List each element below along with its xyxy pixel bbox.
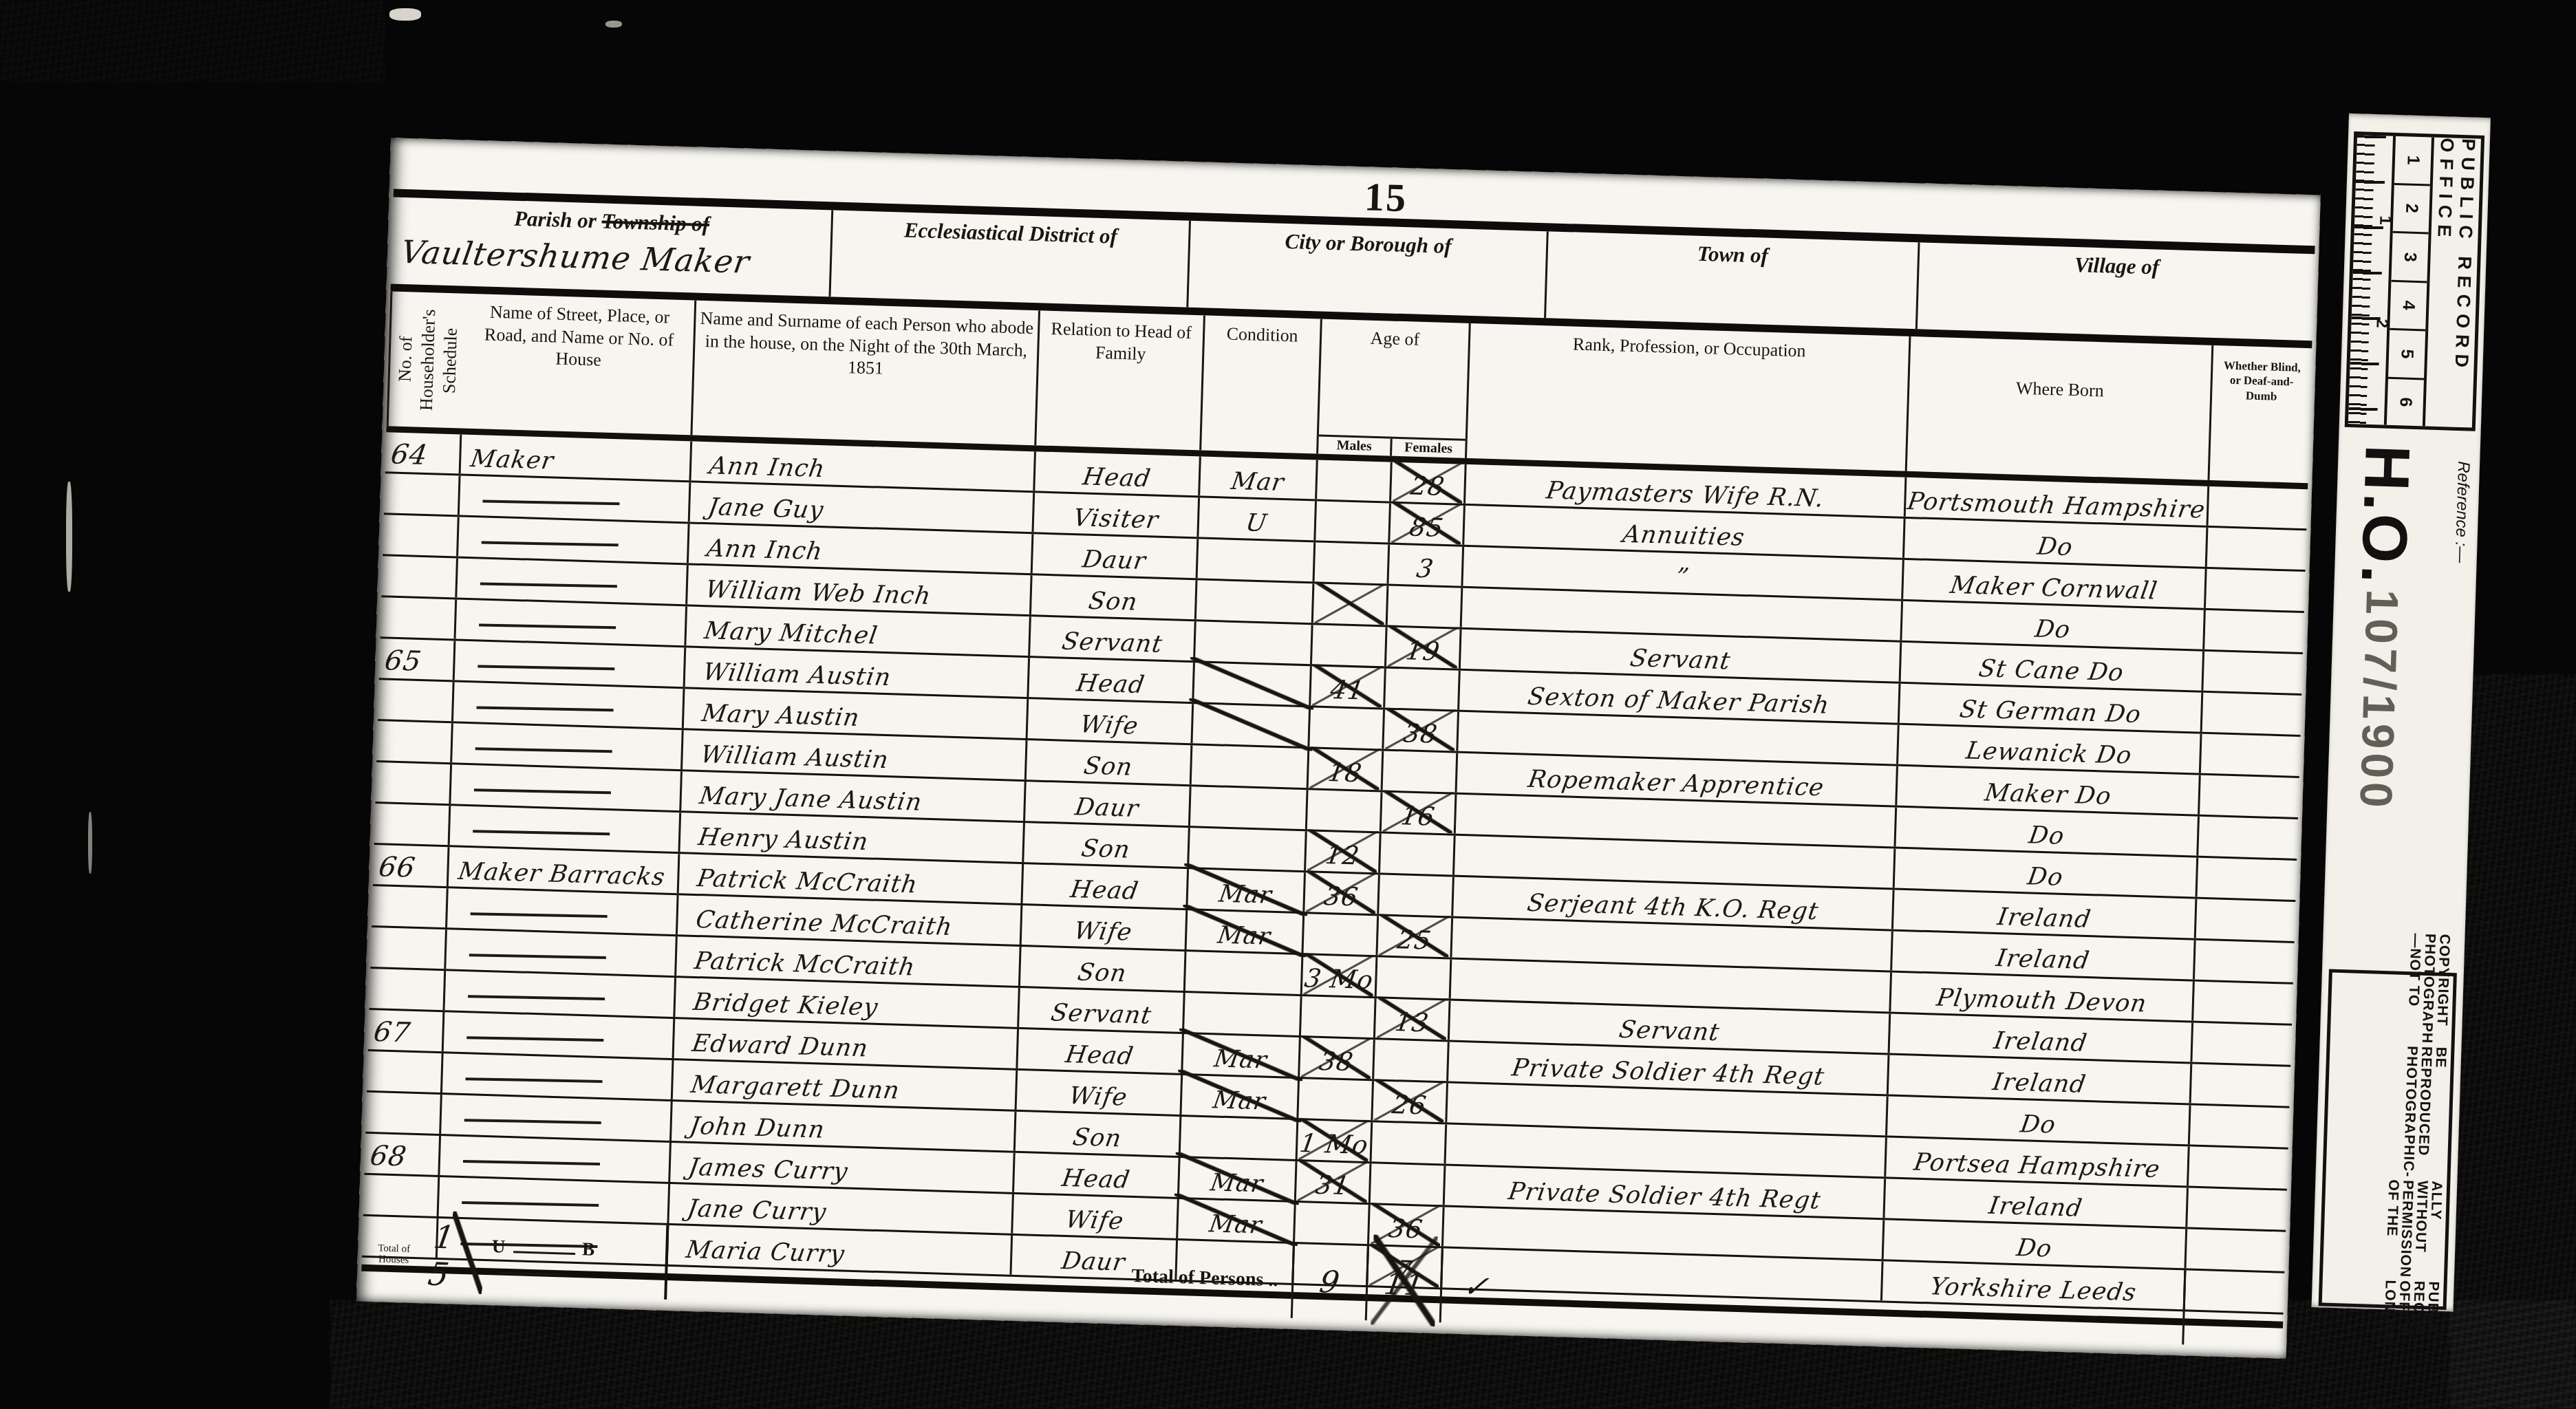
film-scratch xyxy=(66,482,72,592)
relation-cell: Son xyxy=(1020,947,1187,991)
street-cell xyxy=(452,723,684,769)
street-cell xyxy=(444,971,676,1017)
street-cell xyxy=(441,1095,673,1141)
age-female-cell: 19 xyxy=(1386,627,1462,669)
schedule-number-cell xyxy=(372,886,449,927)
schedule-number-cell xyxy=(380,597,458,638)
street-cell xyxy=(450,806,682,852)
condition-cell: U xyxy=(1199,497,1317,540)
ruler-number: 2 xyxy=(2372,319,2391,328)
street-cell: Maker xyxy=(461,435,693,481)
age-female-cell: 85 xyxy=(1390,504,1466,545)
public-record-office-label: PUBLIC RECORD OFFICE xyxy=(2425,138,2481,428)
age-male-cell: 31 xyxy=(1296,1161,1372,1203)
age-male-cell: 3 Mo xyxy=(1302,955,1378,996)
schedule-number-cell xyxy=(370,927,447,969)
schedule-number-cell xyxy=(369,969,447,1010)
infirmity-cell xyxy=(2193,982,2293,1024)
schedule-number-cell xyxy=(375,762,452,804)
footer-born-cell xyxy=(1881,1261,2186,1344)
scale-number: 1 xyxy=(2394,136,2432,186)
age-female-cell xyxy=(1383,751,1459,793)
col-occupation-header: Rank, Profession, or Occupation xyxy=(1467,323,1911,471)
street-cell xyxy=(453,682,685,728)
scale-number: 4 xyxy=(2390,281,2427,331)
copyright-line: BE REPRODUCED PHOTOGRAPHIC- xyxy=(2329,1044,2449,1179)
condition-cell: Mar xyxy=(1187,910,1305,953)
relation-cell: Head xyxy=(1018,1029,1184,1073)
age-female-cell: 3 xyxy=(1388,545,1464,586)
parish-value: Vaultershume Maker xyxy=(398,233,752,281)
age-male-cell xyxy=(1309,707,1385,749)
where-born-cell: Maker Cornwall xyxy=(1903,560,2207,608)
relation-cell: Head xyxy=(1035,451,1201,495)
city-borough-label: City or Borough of xyxy=(1285,229,1452,258)
reference-zone: Reference :— H.O. 107/1900 xyxy=(2322,437,2480,964)
reference-label: Reference :— xyxy=(2451,461,2473,563)
age-female-cell: 28 xyxy=(1391,462,1467,504)
schedule-number-cell: 67 xyxy=(368,1010,445,1051)
relation-cell: Wife xyxy=(1013,1194,1179,1238)
infirmity-cell xyxy=(2203,652,2303,693)
where-born-cell: Do xyxy=(1887,1096,2191,1144)
age-male-cell: 36 xyxy=(1305,872,1380,914)
census-rows: 64 Maker Ann Inch Head Mar 28 Paymasters… xyxy=(362,432,2308,1314)
relation-cell: Servant xyxy=(1030,616,1196,660)
scale-number: 5 xyxy=(2388,330,2425,380)
relation-cell: Daur xyxy=(1025,782,1192,826)
condition-cell: Mar xyxy=(1200,456,1318,499)
where-born-cell: St Cane Do xyxy=(1901,643,2204,691)
street-cell xyxy=(458,517,690,563)
schedule-number-cell xyxy=(363,1175,440,1216)
age-female-cell xyxy=(1377,957,1452,998)
infirmity-cell xyxy=(2202,693,2302,735)
condition-cell xyxy=(1196,580,1315,623)
census-page: 15 Parish or Township of Vaultershume Ma… xyxy=(356,138,2321,1358)
total-persons-males: 9 xyxy=(1293,1244,1369,1320)
age-male-cell: 12 xyxy=(1306,831,1382,872)
relation-cell: Daur xyxy=(1033,534,1199,578)
where-born-cell: Ireland xyxy=(1885,1179,2188,1227)
check-mark: ✓ xyxy=(1441,1248,1884,1335)
town-cell: Town of xyxy=(1546,231,1920,329)
pro-ruler-box: 1 2 1 2 3 4 5 6 PUBLIC RECORD OFFICE xyxy=(2345,131,2484,431)
age-females-label: Females xyxy=(1392,439,1466,458)
ecclesiastical-cell: Ecclesiastical District of xyxy=(831,210,1192,307)
infirmity-cell xyxy=(2200,775,2299,817)
uninhabited-building-labels: UB xyxy=(491,1236,666,1283)
street-cell xyxy=(447,888,679,934)
where-born-cell: Lewanick Do xyxy=(1898,725,2202,773)
age-female-cell: 25 xyxy=(1377,916,1453,957)
condition-cell: Mar xyxy=(1181,1075,1300,1118)
pro-reference-strip: 1 2 1 2 3 4 5 6 PUBLIC RECORD OFFICE Ref… xyxy=(2312,114,2491,1312)
schedule-number-cell: 68 xyxy=(364,1134,441,1175)
where-born-cell: Maker Do xyxy=(1897,766,2200,815)
town-label: Town of xyxy=(1697,241,1768,268)
age-female-cell xyxy=(1374,1040,1450,1081)
condition-cell xyxy=(1198,539,1316,581)
col-condition-header: Condition xyxy=(1201,316,1322,454)
col-name-header: Name and Surname of each Person who abod… xyxy=(692,301,1040,446)
infirmity-cell xyxy=(2206,569,2306,611)
age-male-cell xyxy=(1307,790,1383,831)
page-number: 15 xyxy=(1364,173,1408,221)
relation-cell: Head xyxy=(1014,1153,1181,1197)
age-female-cell xyxy=(1380,833,1456,874)
infirmity-cell xyxy=(2196,899,2296,941)
film-speck xyxy=(389,8,421,21)
infirmity-cell xyxy=(2195,940,2295,982)
schedule-number-cell xyxy=(384,473,461,515)
total-houses-box: Total of Houses 1 5 UB xyxy=(361,1216,669,1300)
age-of-label: Age of xyxy=(1319,326,1469,439)
age-female-cell xyxy=(1371,1163,1446,1205)
age-female-cell xyxy=(1388,586,1463,627)
age-male-cell xyxy=(1301,996,1377,1037)
age-male-cell xyxy=(1312,625,1388,666)
schedule-number-cell xyxy=(383,515,460,556)
relation-cell: Servant xyxy=(1019,988,1185,1032)
where-born-cell: Do xyxy=(1895,849,2198,897)
relation-cell: Wife xyxy=(1022,905,1188,949)
relation-cell: Head xyxy=(1022,864,1189,908)
copyright-line: COPYRIGHT PHOTOGRAPH—NOT TO xyxy=(2333,931,2452,1044)
parish-label: Parish or Township of xyxy=(514,206,710,236)
ecclesiastical-label: Ecclesiastical District of xyxy=(903,217,1117,248)
ruler-number: 1 xyxy=(2375,215,2394,225)
condition-cell: Mar xyxy=(1178,1199,1296,1242)
relation-cell: Son xyxy=(1024,823,1190,867)
relation-cell: Visiter xyxy=(1033,493,1200,537)
city-borough-cell: City or Borough of xyxy=(1188,221,1549,318)
schedule-number-cell xyxy=(376,721,453,762)
age-male-cell xyxy=(1298,1079,1374,1120)
street-cell xyxy=(440,1136,672,1182)
age-male-cell xyxy=(1315,542,1391,583)
infirmity-cell xyxy=(2190,1106,2290,1148)
age-female-cell xyxy=(1385,669,1461,710)
where-born-cell: Do xyxy=(1896,808,2199,856)
infirmity-cell xyxy=(2207,528,2307,570)
age-female-cell xyxy=(1372,1122,1448,1163)
copyright-line: PUBLIC RECORD OFFICE, LONDON xyxy=(2323,1278,2441,1348)
condition-cell xyxy=(1192,704,1311,746)
schedule-number-cell xyxy=(374,804,451,845)
schedule-number-cell: 65 xyxy=(379,638,456,680)
parish-cell: Parish or Township of Vaultershume Maker xyxy=(391,197,833,297)
street-cell xyxy=(446,929,678,976)
infirmity-cell xyxy=(2189,1147,2288,1189)
age-male-cell xyxy=(1317,460,1393,501)
street-cell xyxy=(460,476,691,522)
total-houses-value: 1 5 xyxy=(426,1218,488,1294)
film-speck xyxy=(605,21,622,28)
age-female-cell xyxy=(1379,874,1455,916)
street-cell xyxy=(444,1012,676,1058)
col-infirm-header: Whether Blind, or Deaf-and-Dumb xyxy=(2209,345,2312,483)
copyright-line: ALLY WITHOUT PERMISSION OF THE xyxy=(2326,1178,2444,1279)
total-persons-females: 11 xyxy=(1367,1246,1443,1322)
age-male-cell xyxy=(1316,501,1391,542)
relation-cell: Wife xyxy=(1028,699,1194,743)
where-born-cell: Do xyxy=(1904,519,2208,567)
infirmity-cell xyxy=(2209,486,2308,528)
street-cell xyxy=(456,599,688,645)
infirmity-cell xyxy=(2192,1023,2292,1065)
infirmity-cell xyxy=(2204,610,2304,652)
col-street-header: Name of Street, Place, or Road, and Name… xyxy=(462,294,697,435)
schedule-number-cell xyxy=(378,680,455,721)
where-born-cell: Portsmouth Hampshire xyxy=(1906,477,2209,526)
film-scratch xyxy=(88,812,92,874)
relation-cell: Wife xyxy=(1017,1071,1183,1115)
age-male-cell: 18 xyxy=(1309,749,1384,790)
schedule-number-cell xyxy=(381,556,458,597)
relation-cell: Son xyxy=(1016,1112,1182,1156)
age-male-cell: 41 xyxy=(1311,666,1386,707)
where-born-cell: Ireland xyxy=(1889,1055,2192,1104)
where-born-cell: Ireland xyxy=(1893,890,2197,938)
age-female-cell: 16 xyxy=(1382,792,1457,833)
schedule-number-cell xyxy=(365,1093,442,1134)
infirmity-cell xyxy=(2198,858,2297,900)
where-born-cell: Portsea Hampshire xyxy=(1886,1137,2189,1185)
relation-cell: Son xyxy=(1031,575,1198,619)
schedule-number-cell xyxy=(367,1051,444,1093)
schedule-number-cell: 64 xyxy=(385,432,462,473)
village-cell: Village of xyxy=(1918,242,2315,341)
age-male-cell: 1 Mo xyxy=(1298,1120,1373,1161)
age-female-cell: 13 xyxy=(1375,998,1451,1040)
col-relation-header: Relation to Head of Family xyxy=(1036,310,1205,450)
street-cell xyxy=(442,1053,674,1099)
age-female-cell: 26 xyxy=(1373,1081,1448,1122)
age-male-cell: 38 xyxy=(1300,1037,1375,1079)
reference-number: 107/1900 xyxy=(2350,588,2408,812)
where-born-cell: St German Do xyxy=(1900,684,2203,732)
age-male-cell xyxy=(1304,914,1380,955)
relation-cell: Head xyxy=(1029,658,1195,702)
footer-infirm-cell xyxy=(2184,1270,2284,1347)
where-born-cell: Do xyxy=(1884,1220,2187,1268)
where-born-cell: Ireland xyxy=(1892,932,2196,980)
where-born-cell: Ireland xyxy=(1890,1014,2193,1062)
village-label: Village of xyxy=(2074,252,2160,279)
condition-cell xyxy=(1190,786,1309,829)
col-schedule-header: No. of Householder's Schedule xyxy=(387,291,466,428)
street-cell xyxy=(451,764,683,810)
township-label-struck: Township of xyxy=(601,208,709,236)
schedule-number-cell: 66 xyxy=(373,845,450,886)
total-houses-label: Total of Houses xyxy=(365,1242,422,1266)
where-born-cell: Plymouth Devon xyxy=(1891,973,2194,1021)
street-cell xyxy=(457,558,689,604)
col-born-header: Where Born xyxy=(1907,336,2214,480)
condition-cell xyxy=(1185,951,1304,994)
age-males-label: Males xyxy=(1318,437,1392,456)
where-born-cell: Do xyxy=(1902,601,2205,649)
age-male-cell xyxy=(1313,583,1389,625)
relation-cell: Son xyxy=(1027,740,1193,784)
infirmity-cell xyxy=(2187,1187,2287,1229)
col-age-header: Age of Males Females xyxy=(1318,319,1471,458)
age-female-cell: 38 xyxy=(1384,710,1459,751)
copyright-box: COPYRIGHT PHOTOGRAPH—NOT TO BE REPRODUCE… xyxy=(2319,969,2457,1310)
film-noise-topleft xyxy=(0,0,385,83)
reference-value: H.O. 107/1900 xyxy=(2339,444,2423,813)
infirmity-cell xyxy=(2201,734,2301,776)
scale-number: 3 xyxy=(2391,233,2428,283)
age-male-cell xyxy=(1295,1203,1371,1244)
infirmity-cell xyxy=(2198,817,2298,859)
scale-number: 2 xyxy=(2393,184,2430,234)
infirmity-cell xyxy=(2186,1229,2286,1271)
reference-prefix: H.O. xyxy=(2348,444,2423,587)
street-cell xyxy=(455,641,687,687)
condition-cell xyxy=(1192,745,1310,788)
street-cell: Maker Barracks xyxy=(449,847,680,893)
scale-number: 6 xyxy=(2387,378,2424,426)
infirmity-cell xyxy=(2191,1064,2291,1106)
